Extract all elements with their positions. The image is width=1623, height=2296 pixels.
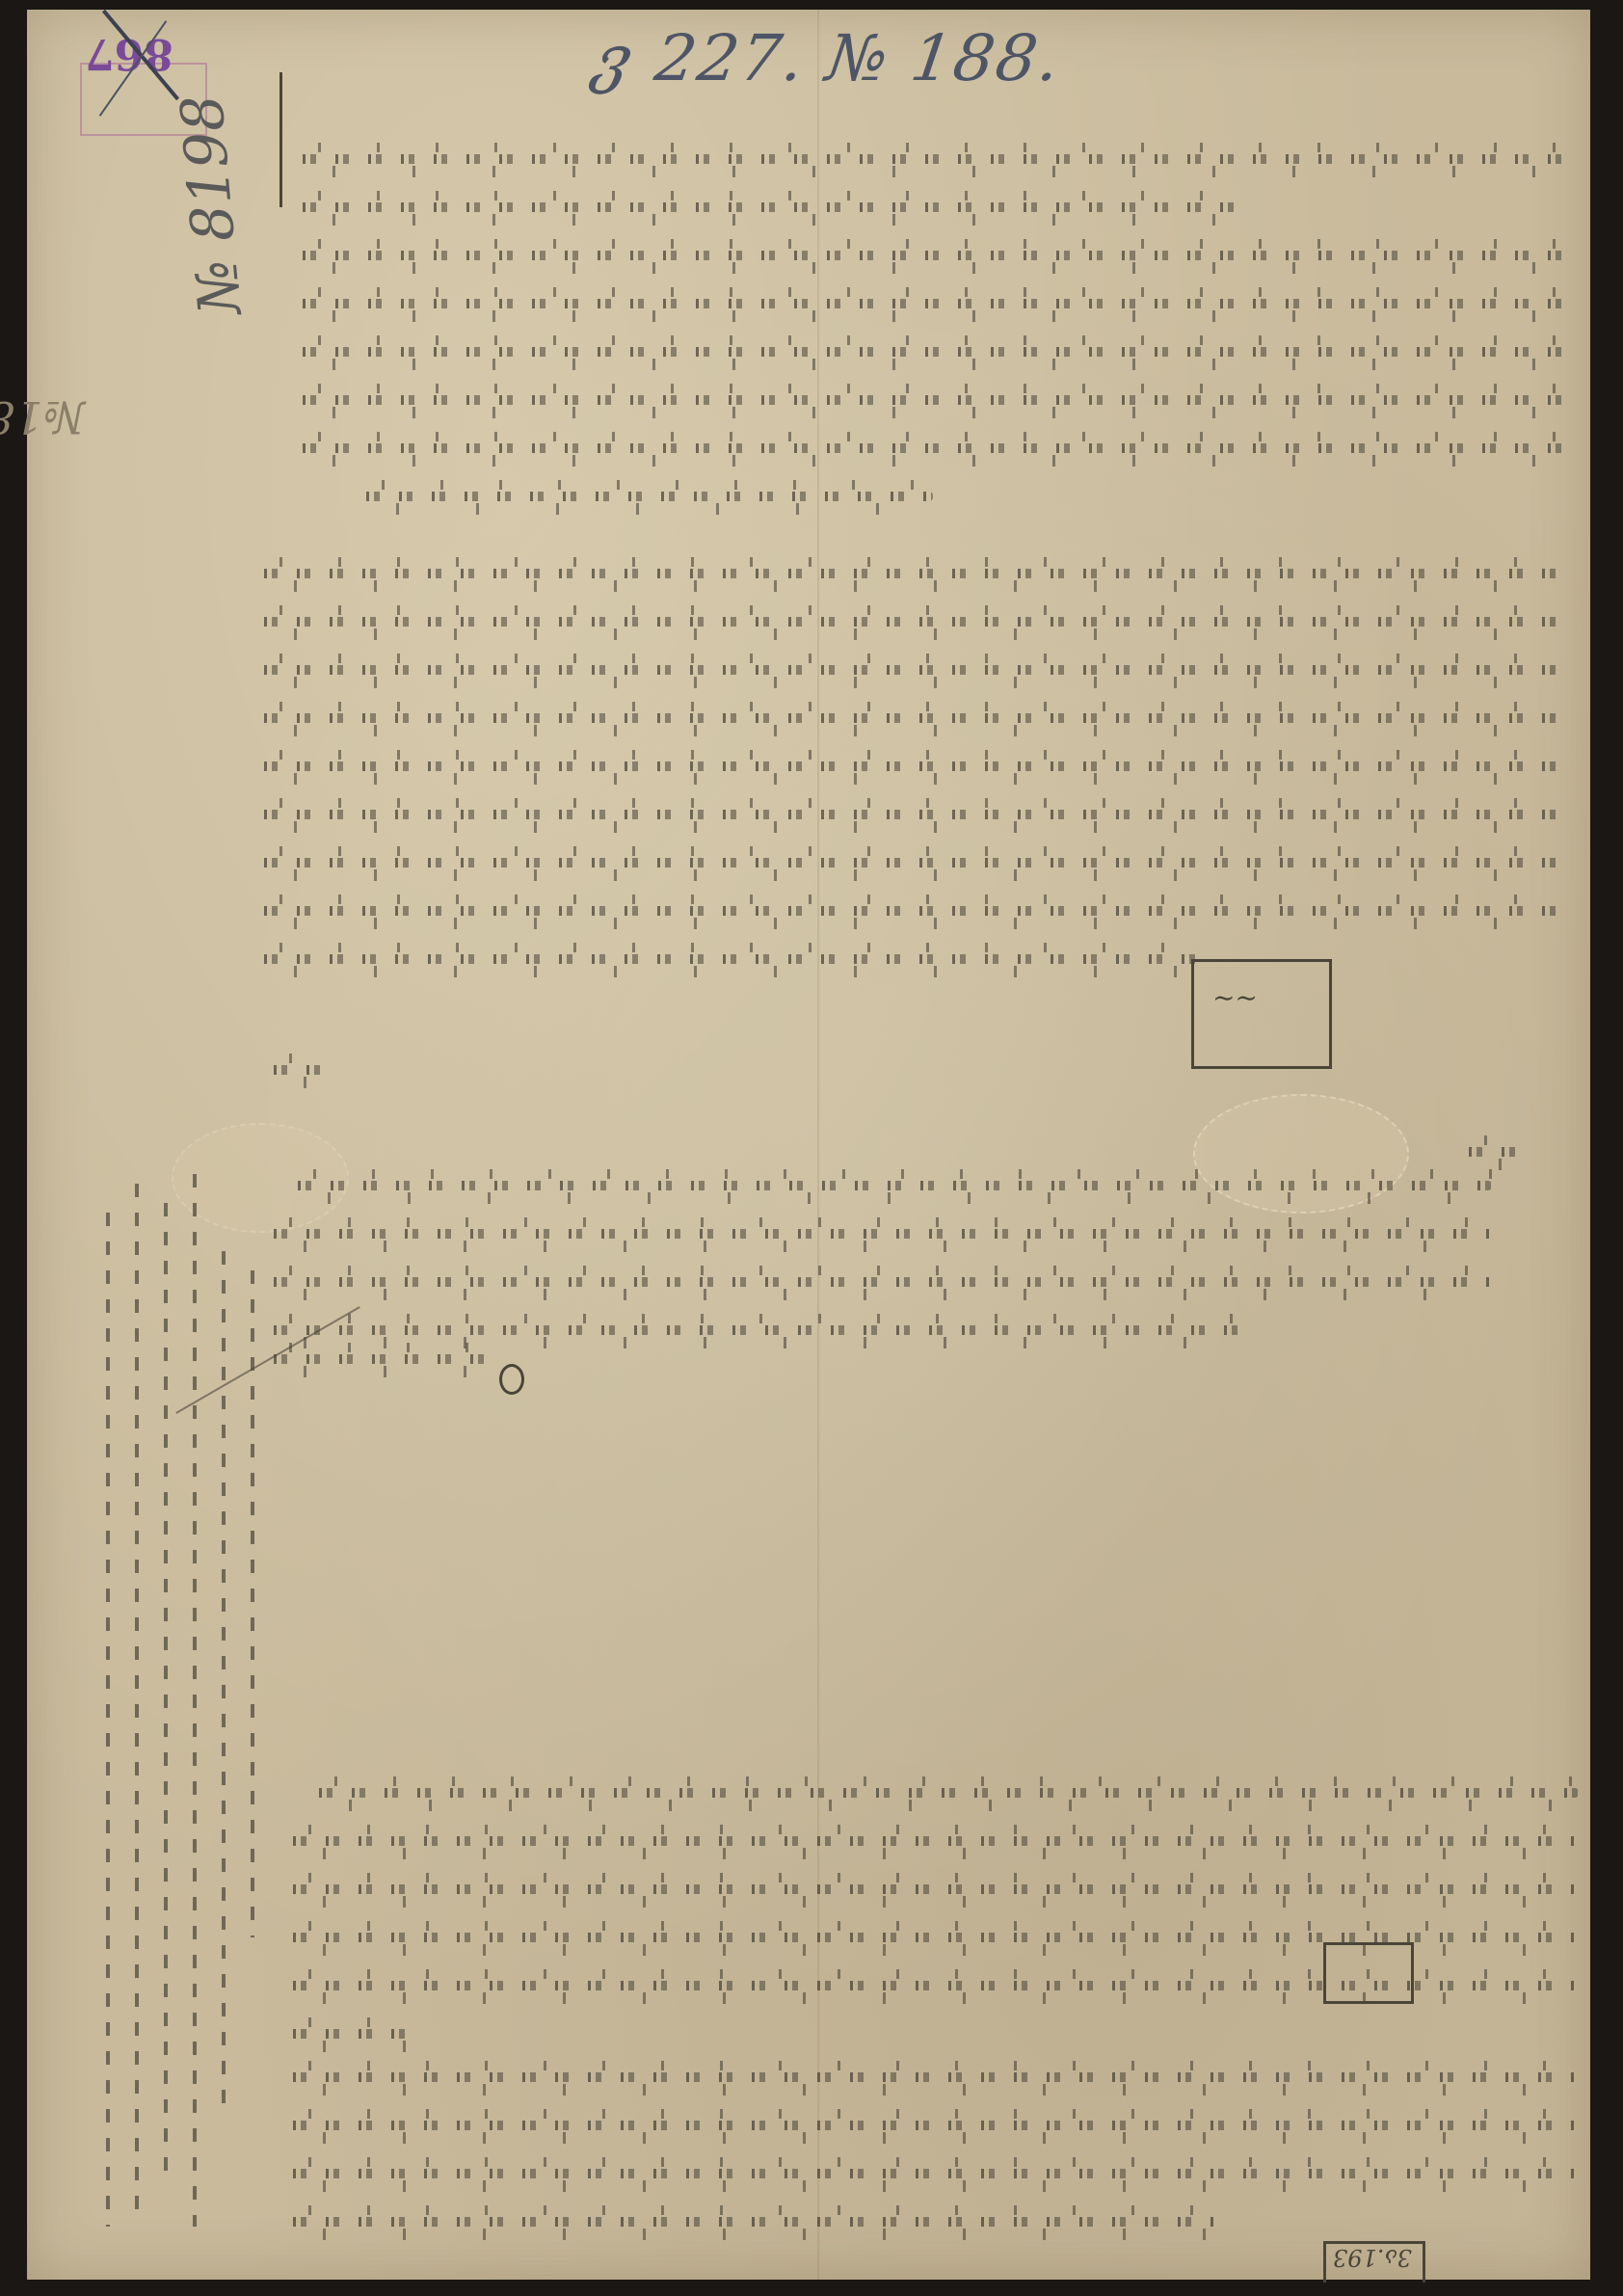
paragraph-3-signature-line xyxy=(268,1354,490,1402)
signature-box xyxy=(1323,1942,1414,2004)
left-margin-vertical-notes xyxy=(96,1166,289,2246)
paragraph-1 xyxy=(297,154,1569,540)
right-margin-word xyxy=(1463,1147,1521,1195)
manuscript-page: ვ 227. № 188. 867 № 8198 №188 ~~ xyxy=(27,10,1590,2280)
catalog-number-header: ვ 227. № 188. xyxy=(591,21,1067,95)
short-mark xyxy=(268,1065,326,1113)
signature-text: ~~ xyxy=(1212,983,1258,1015)
circle-mark xyxy=(499,1364,524,1395)
pencil-note: №188 xyxy=(0,391,85,443)
paragraph-bracket-mark xyxy=(279,72,282,207)
paragraph-5 xyxy=(287,2072,1579,2265)
margin-note-rotated: № 8198 xyxy=(169,92,255,317)
paragraph-2 xyxy=(258,569,1569,1002)
archive-label: 3ა.193 xyxy=(1333,2244,1412,2271)
paragraph-4 xyxy=(287,1788,1579,2077)
